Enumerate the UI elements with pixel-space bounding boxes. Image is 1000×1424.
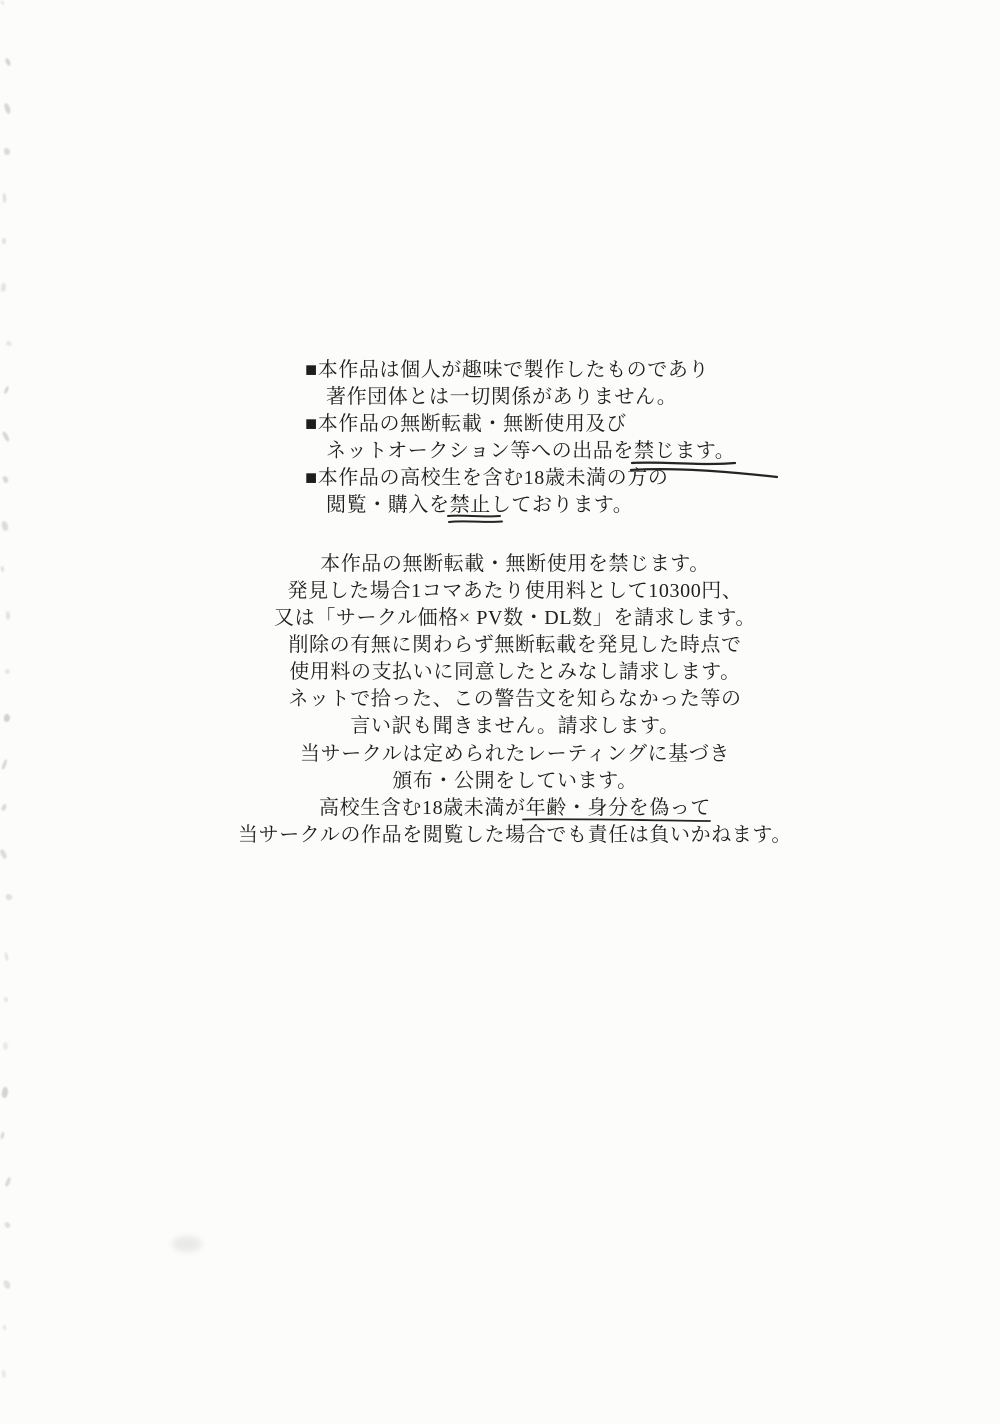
hand-drawn-double-underline [447, 514, 517, 528]
notice-list: ■本作品は個人が趣味で製作したものであり 著作団体とは一切関係がありません。 ■… [305, 357, 785, 519]
warning-line: 又は「サークル価格× PV数・DL数」を請求します。 [30, 605, 1000, 632]
rating-line: 当サークルは定められたレーティングに基づき [30, 741, 1000, 768]
notice-text: 本作品の無断転載・無断使用及び [318, 413, 627, 435]
square-bullet-icon: ■ [305, 467, 318, 489]
scanned-disclaimer-page: ■本作品は個人が趣味で製作したものであり 著作団体とは一切関係がありません。 ■… [0, 0, 1000, 1424]
warning-line: 言い訳も聞きません。請求します。 [30, 713, 1000, 740]
warning-line: ネットで拾った、この警告文を知らなかった等の [30, 686, 1000, 713]
underlined-text-age-falsify: 年齢・身分を偽って [526, 795, 711, 822]
notice-text: しております。 [491, 494, 634, 516]
notice-text: ネットオークション等への出品を [326, 440, 634, 462]
scan-smudge [172, 1236, 202, 1252]
warning-line: 本作品の無断転載・無断使用を禁じます。 [30, 551, 1000, 578]
unauthorized-use-warning: 本作品の無断転載・無断使用を禁じます。 発見した場合1コマあたり使用料として10… [30, 551, 1000, 740]
notice-text: 本作品は個人が趣味で製作したものであり [318, 359, 709, 381]
rating-line: 頒布・公開をしています。 [30, 768, 1000, 795]
notice-text: 閲覧・購入を [326, 494, 450, 516]
warning-line: 使用料の支払いに同意したとみなし請求します。 [30, 659, 1000, 686]
notice-item2-line1: ■本作品の無断転載・無断使用及び [305, 411, 785, 438]
square-bullet-icon: ■ [305, 359, 318, 381]
notice-item1-line2: 著作団体とは一切関係がありません。 [305, 384, 785, 411]
underlined-text-kinjimasu: 禁じます。 [634, 438, 735, 465]
underlined-text-kinshi: 禁止 [450, 492, 491, 519]
notice-item1-line1: ■本作品は個人が趣味で製作したものであり [305, 357, 785, 384]
warning-line: 削除の有無に関わらず無断転載を発見した時点で [30, 632, 1000, 659]
warning-line: 発見した場合1コマあたり使用料として10300円、 [30, 578, 1000, 605]
rating-statement: 当サークルは定められたレーティングに基づき 頒布・公開をしています。 高校生含む… [30, 741, 1000, 849]
rating-line: 当サークルの作品を閲覧した場合でも責任は負いかねます。 [30, 822, 1000, 849]
notice-item2-line2: ネットオークション等への出品を禁じます。 [305, 438, 785, 465]
notice-item3-line1: ■本作品の高校生を含む18歳未満の方の [305, 465, 785, 492]
notice-item3-line2: 閲覧・購入を禁止しております。 [305, 492, 785, 519]
notice-text: 著作団体とは一切関係がありません。 [326, 386, 677, 408]
notice-text: 本作品の高校生を含む18歳未満の方の [318, 467, 669, 489]
square-bullet-icon: ■ [305, 413, 318, 435]
rating-line: 高校生含む18歳未満が年齢・身分を偽って [30, 795, 1000, 822]
scan-artifacts [0, 0, 20, 1424]
